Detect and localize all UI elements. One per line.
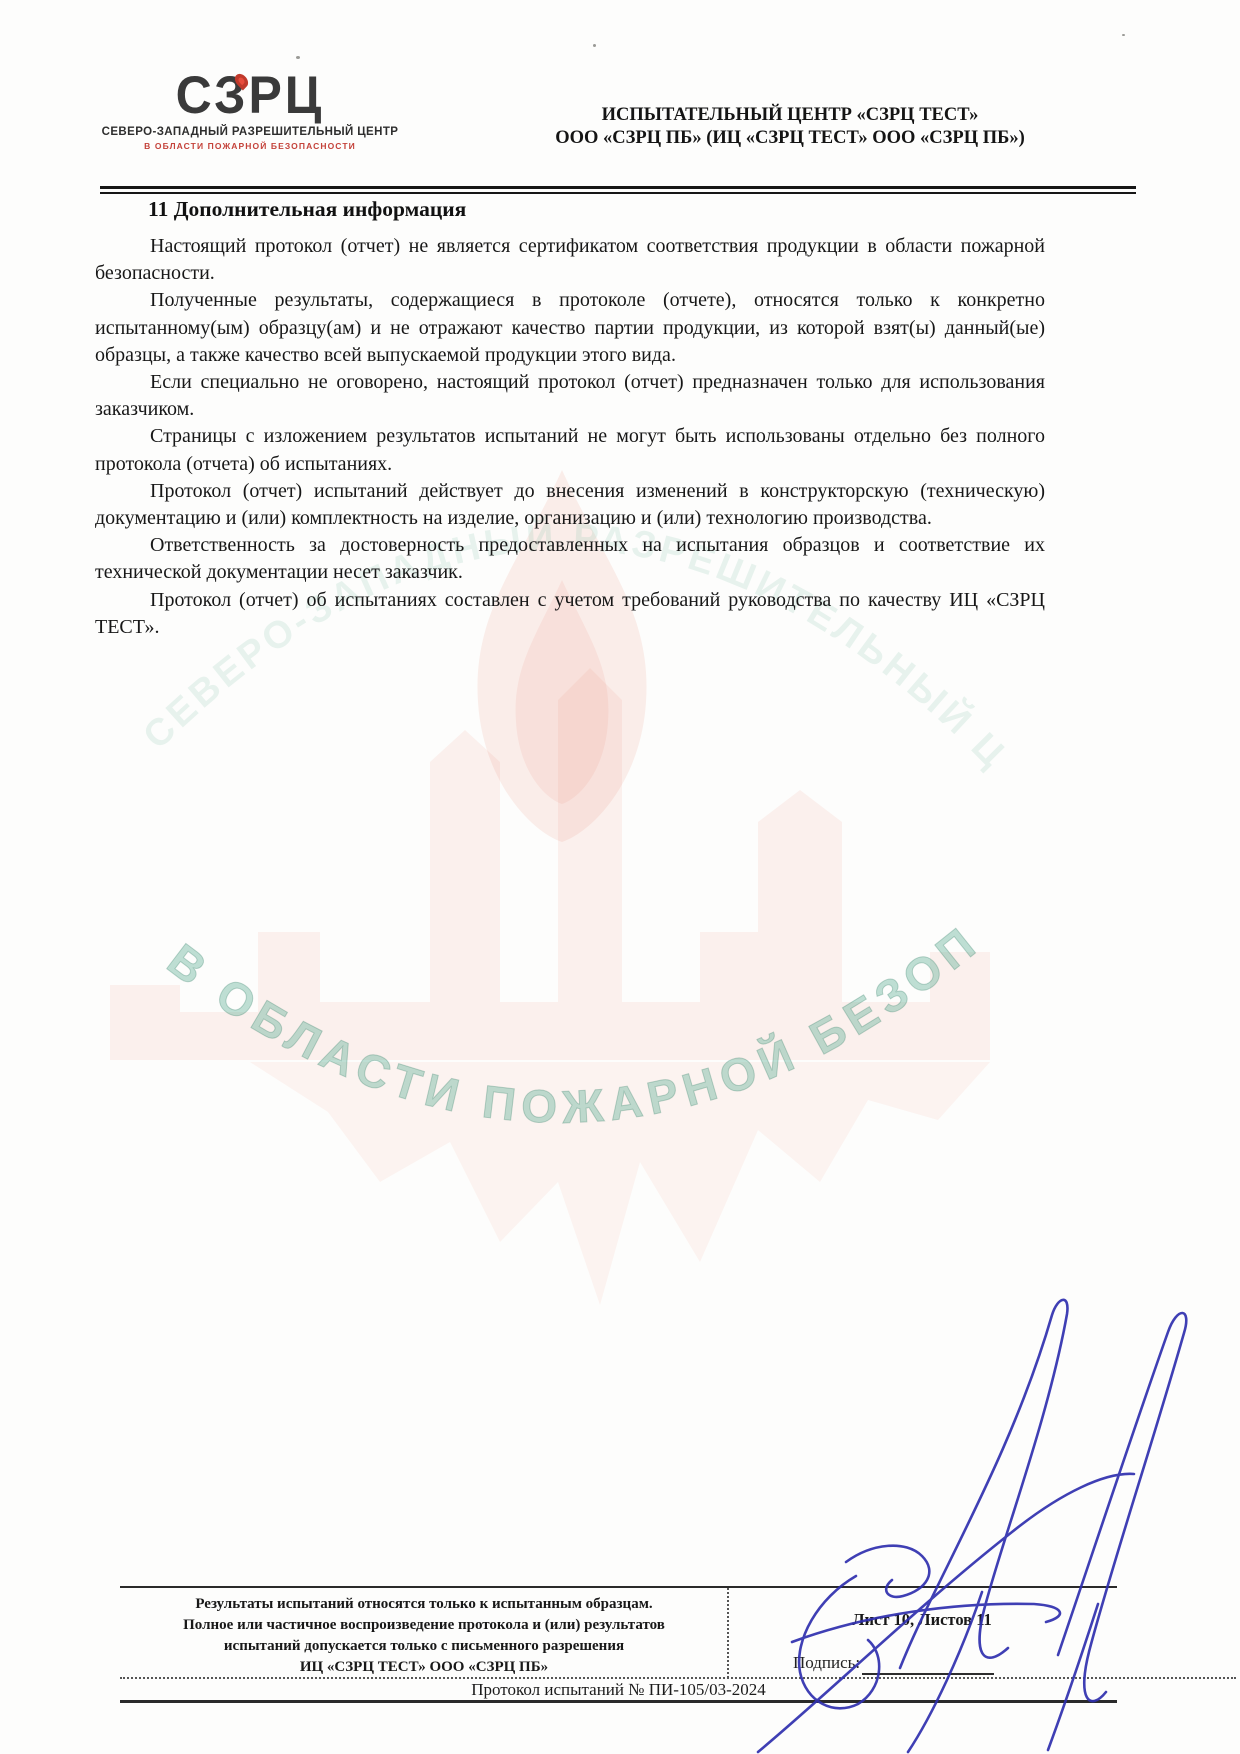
signature-label: Подпись:	[793, 1653, 860, 1673]
footer-cell-divider	[727, 1588, 729, 1678]
footer-top-border	[120, 1586, 1117, 1588]
document-page: СЕВЕРО-ЗАПАДНЫЙ РАЗРЕШИТЕЛЬНЫЙ ЦЕНТР В О…	[0, 0, 1240, 1754]
page-footer: Результаты испытаний относятся только к …	[0, 0, 1240, 1754]
sheet-count: Лист 10, Листов 11	[727, 1610, 1117, 1630]
footer-bottom-border	[120, 1700, 1117, 1703]
footer-note-line: ИЦ «СЗРЦ ТЕСТ» ООО «СЗРЦ ПБ»	[128, 1657, 720, 1678]
footer-note-line: Полное или частичное воспроизведение про…	[128, 1615, 720, 1636]
footer-note-line: Результаты испытаний относятся только к …	[128, 1594, 720, 1615]
signature-underline	[862, 1673, 994, 1675]
protocol-number: Протокол испытаний № ПИ-105/03-2024	[120, 1680, 1117, 1700]
footer-note-line: испытаний допускается только с письменно…	[128, 1636, 720, 1657]
footer-note: Результаты испытаний относятся только к …	[128, 1594, 720, 1678]
